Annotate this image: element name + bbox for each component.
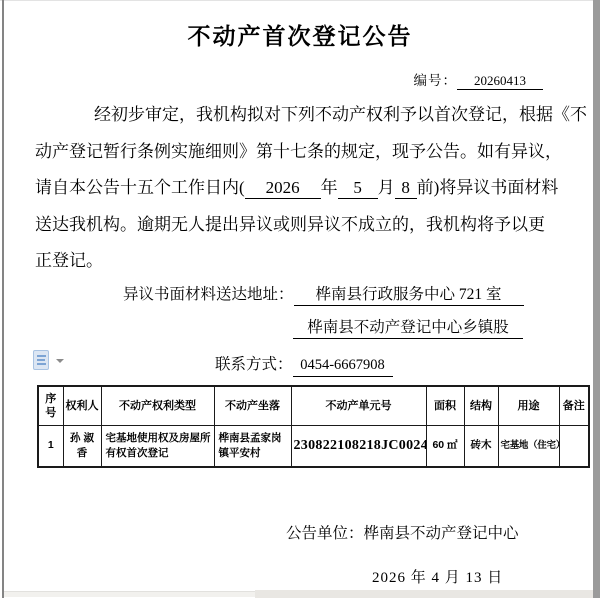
body-line-1: 经初步审定，我机构拟对下列不动产权利予以首次登记，根据《不 [35,97,580,134]
vertical-scrollbar[interactable] [593,0,600,598]
deadline-day-field: 8 [395,178,417,199]
paste-options-button[interactable] [31,348,67,374]
cell-rights-holder: 孙 淑香 [63,425,101,467]
contact-phone: 0454-6667908 [293,355,393,377]
deadline-year-field: 2026 [245,178,321,199]
objection-address-label: 异议书面材料送达地址： [123,286,294,303]
horizontal-scrollbar-thumb[interactable] [4,591,255,597]
window-top-edge [0,0,600,1]
announcing-unit-label: 公告单位： [286,525,364,542]
objection-address-row: 异议书面材料送达地址：桦南县行政服务中心 721 室 [123,282,524,306]
announcement-body: 经初步审定，我机构拟对下列不动产权利予以首次登记，根据《不 动产登记暂行条例实施… [35,97,580,280]
header-area: 面积 [426,386,464,425]
window-left-edge [2,0,4,598]
cell-seq: 1 [38,425,63,467]
document-page: 不动产首次登记公告 编号：20260413 经初步审定，我机构拟对下列不动产权利… [0,0,600,598]
horizontal-scrollbar-track[interactable] [255,590,593,598]
cell-area: 60 ㎡ [426,425,464,467]
announcing-unit-value: 桦南县不动产登记中心 [364,525,519,542]
header-location: 不动产坐落 [214,386,291,425]
contact-row: 联系方式：0454-6667908 [215,352,393,377]
deadline-month-field: 5 [338,178,378,199]
doc-number-label: 编号： [414,73,458,88]
doc-number: 编号：20260413 [414,69,544,90]
announcing-unit: 公告单位：桦南县不动产登记中心 [286,521,519,543]
cell-unit-number: 230822108218JC00244 [291,425,426,467]
header-seq: 序号 [38,386,63,425]
header-unit-number: 不动产单元号 [291,386,426,425]
paste-options-icon [33,350,49,370]
objection-address-line1: 桦南县行政服务中心 721 室 [294,284,524,306]
header-structure: 结构 [464,386,498,425]
contact-label: 联系方式： [215,356,293,373]
body-line-2: 动产登记暂行条例实施细则》第十七条的规定，现予公告。如有异议， [35,134,580,171]
header-rights-holder: 权利人 [63,386,101,425]
cell-remarks [559,425,589,467]
announcement-date: 2026 年 4 月 13 日 [372,566,503,587]
body-line-5: 正登记。 [35,243,580,280]
objection-address-line2: 桦南县不动产登记中心乡镇股 [293,317,523,339]
table-row: 1 孙 淑香 宅基地使用权及房屋所有权首次登记 桦南县孟家岗镇平安村 23082… [38,425,589,467]
header-use: 用途 [498,386,559,425]
cell-use: 宅基地（住宅） [498,425,559,467]
body-line-4: 送达我机构。逾期无人提出异议或则异议不成立的，我机构将予以更 [35,207,580,244]
cell-right-type: 宅基地使用权及房屋所有权首次登记 [101,425,214,467]
cell-location: 桦南县孟家岗镇平安村 [214,425,291,467]
objection-address-row-2: 桦南县不动产登记中心乡镇股 [293,317,523,339]
body-line-3: 请自本公告十五个工作日内(2026年5月8前)将异议书面材料 [35,170,580,207]
page-title: 不动产首次登记公告 [0,18,600,51]
table-header-row: 序号 权利人 不动产权利类型 不动产坐落 不动产单元号 面积 结构 用途 备注 [38,386,589,425]
cell-structure: 砖木 [464,425,498,467]
doc-number-value: 20260413 [457,73,543,90]
header-right-type: 不动产权利类型 [101,386,214,425]
header-remarks: 备注 [559,386,589,425]
registration-table: 序号 权利人 不动产权利类型 不动产坐落 不动产单元号 面积 结构 用途 备注 … [37,385,590,468]
dropdown-arrow-icon [56,359,64,363]
